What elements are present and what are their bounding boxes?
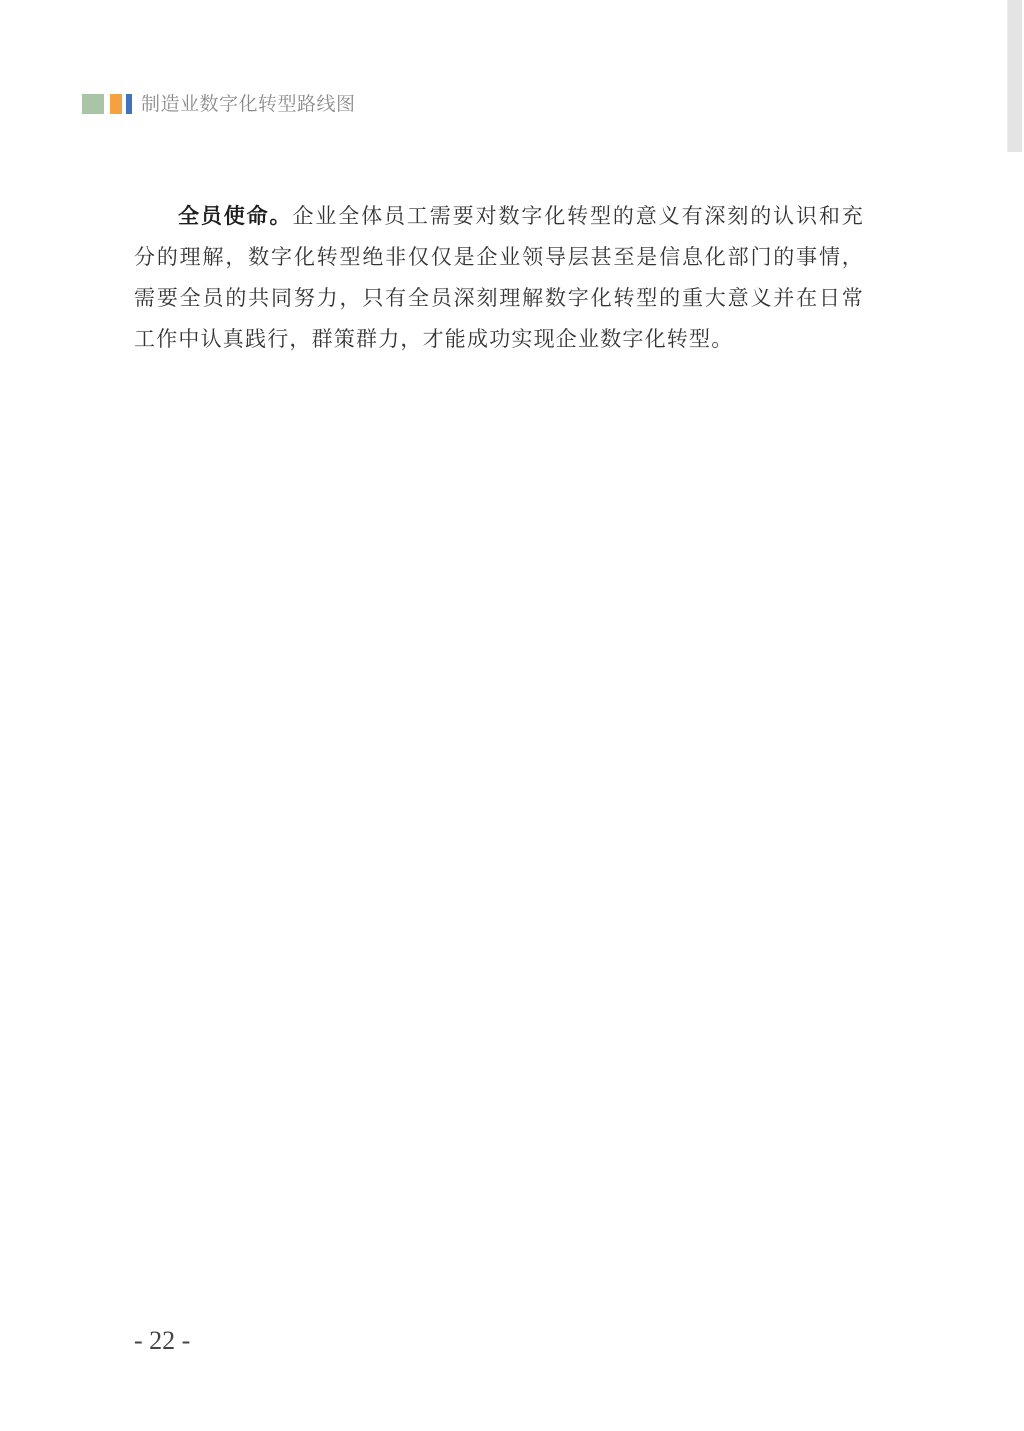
header-color-bar-orange [110, 94, 122, 114]
scrollbar-thumb[interactable] [1007, 0, 1022, 152]
body-paragraph: 全员使命。企业全体员工需要对数字化转型的意义有深刻的认识和充分的理解，数字化转型… [134, 196, 864, 360]
paragraph-lead: 全员使命。 [178, 204, 292, 228]
header-color-bar-blue [126, 94, 132, 114]
header-color-bar-green [82, 94, 104, 114]
running-header: 制造业数字化转型路线图 [82, 93, 356, 115]
page-number: - 22 - [134, 1326, 190, 1356]
header-title: 制造业数字化转型路线图 [141, 93, 356, 115]
document-page: 制造业数字化转型路线图 全员使命。企业全体员工需要对数字化转型的意义有深刻的认识… [0, 0, 1024, 1431]
